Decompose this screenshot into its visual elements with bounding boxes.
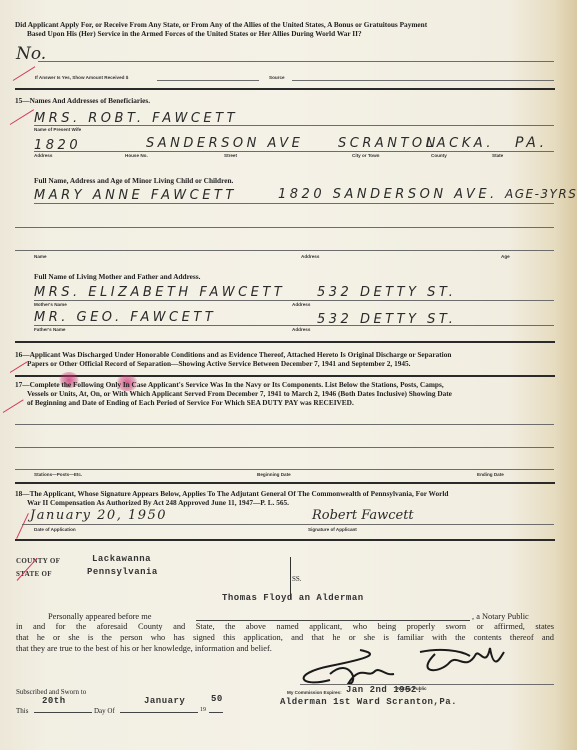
wife-name-line [34, 125, 554, 126]
section-divider [15, 375, 555, 377]
house-no-label: House No. [125, 153, 148, 158]
notary-para-line2: in and for the aforesaid County and Stat… [16, 622, 554, 633]
q17-row-line-1[interactable] [15, 424, 554, 425]
notary-para-line1-end: , a Notary Public [472, 612, 529, 621]
state-label: State [492, 153, 503, 158]
q14-answer-line [38, 61, 554, 62]
beginning-date-label: Beginning Date [257, 472, 291, 477]
child-name-label: Name [34, 254, 47, 259]
q14-question: Did Applicant Apply For, or Receive From… [15, 20, 555, 38]
address-state-value[interactable]: PA. [515, 135, 548, 151]
wife-name-value[interactable]: MRS. ROBT. FAWCETT [34, 111, 238, 126]
q17-line1: 17—Complete the Following Only In Case A… [15, 380, 555, 389]
q17-instructions: 17—Complete the Following Only In Case A… [15, 380, 555, 407]
q18-statement: 18—The Applicant, Whose Signature Appear… [15, 489, 555, 507]
mother-name-label: Mother's Name [34, 302, 67, 307]
commission-expires-value[interactable]: Jan 2nd 1952. [346, 685, 423, 695]
parents-heading: Full Name of Living Mother and Father an… [34, 272, 200, 281]
section-divider [15, 539, 555, 541]
day-of-label: Day Of [94, 707, 115, 715]
child-line-2 [15, 227, 554, 228]
notary-name-field[interactable] [196, 620, 470, 621]
notary-para-line1-start: Personally appeared before me [48, 612, 151, 621]
section-divider [15, 341, 555, 343]
address-street-value[interactable]: SANDERSON AVE [146, 136, 303, 151]
ss-label: SS. [292, 575, 302, 583]
father-name-value[interactable]: MR. GEO. FAWCETT [34, 310, 216, 325]
q17-row-line-3[interactable] [15, 469, 554, 470]
notary-title-value[interactable]: Alderman 1st Ward Scranton,Pa. [280, 697, 457, 707]
children-heading: Full Name, Address and Age of Minor Livi… [34, 176, 233, 185]
notary-signature-line [300, 684, 554, 685]
this-label: This [16, 707, 28, 715]
child-age-label: Age [501, 254, 510, 259]
check-mark [10, 109, 34, 125]
year-prefix: 19 [200, 707, 206, 713]
q16-line2: Papers or Other Official Record of Separ… [15, 359, 555, 368]
city-label: City or Town [352, 153, 379, 158]
child-line-3 [15, 250, 554, 251]
day-field [34, 712, 92, 713]
subscribed-label: Subscribed and Sworn to [16, 688, 86, 696]
mother-address-label: Address [292, 302, 310, 307]
father-name-label: Father's Name [34, 327, 65, 332]
q17-line3: of Beginning and Date of Ending of Each … [15, 398, 555, 407]
signature-of-applicant-label: Signature of Applicant [308, 527, 357, 532]
application-date-value[interactable]: January 20, 1950 [30, 508, 167, 523]
notary-name-value[interactable]: Thomas Floyd an Alderman [222, 593, 364, 603]
q17-line2: Vessels or Units, At, On, or With Which … [15, 389, 555, 398]
stations-label: Stations—Posts—Etc. [34, 472, 82, 477]
section-divider [15, 88, 555, 90]
check-mark [16, 513, 29, 539]
notary-para-line3: that he or she is the person who has sig… [16, 633, 554, 644]
q17-row-line-2[interactable] [15, 447, 554, 448]
day-value[interactable]: 20th [42, 696, 66, 706]
section-divider [15, 482, 555, 484]
father-address-label: Address [292, 327, 310, 332]
q14-amount-field[interactable] [157, 80, 259, 81]
commission-expires-label: My Commission Expires: [287, 690, 342, 695]
q18-signature-line [22, 524, 554, 525]
child-age-value[interactable]: AGE-3YRS [505, 187, 577, 201]
child-line-1 [34, 203, 554, 204]
year-field [209, 712, 223, 713]
year-value[interactable]: 50 [211, 694, 223, 704]
q14-source-label: Source [269, 75, 285, 80]
county-value[interactable]: Lackawanna [92, 554, 151, 564]
county-of-label: COUNTY OF [16, 557, 60, 565]
q15-heading: 15—Names And Addresses of Beneficiaries. [15, 96, 150, 105]
q14-line1: Did Applicant Apply For, or Receive From… [15, 20, 555, 29]
child-name-value[interactable]: MARY ANNE FAWCETT [34, 188, 237, 203]
q18-line2: War II Compensation As Authorized By Act… [15, 498, 555, 507]
mother-address-value[interactable]: 532 DETTY ST. [317, 285, 456, 300]
mother-line [34, 300, 554, 301]
check-mark [13, 66, 36, 81]
notary-para-line4: that they are true to the best of his or… [16, 644, 272, 653]
q14-amount-label: If Answer Is Yes, Show Amount Received $ [35, 75, 128, 80]
ending-date-label: Ending Date [477, 472, 504, 477]
address-label: Address [34, 153, 52, 158]
county-label: County [431, 153, 447, 158]
child-address-label: Address [301, 254, 319, 259]
month-field [120, 712, 198, 713]
q18-line1: 18—The Applicant, Whose Signature Appear… [15, 489, 555, 498]
applicant-signature[interactable]: Robert Fawcett [312, 508, 414, 523]
father-line [34, 325, 554, 326]
date-of-application-label: Date of Application [34, 527, 76, 532]
month-value[interactable]: January [144, 696, 185, 706]
q16-line1: 16—Applicant Was Discharged Under Honora… [15, 350, 555, 359]
address-line [34, 151, 554, 152]
q16-statement: 16—Applicant Was Discharged Under Honora… [15, 350, 555, 368]
state-value[interactable]: Pennsylvania [87, 567, 158, 577]
street-label: Street [224, 153, 237, 158]
child-address-value[interactable]: 1820 SANDERSON AVE. [278, 187, 498, 202]
address-city-value[interactable]: SCRANTON [338, 136, 439, 151]
mother-name-value[interactable]: MRS. ELIZABETH FAWCETT [34, 285, 285, 300]
q14-source-field[interactable] [292, 80, 554, 81]
q14-line2: Based Upon His (Her) Service in the Arme… [15, 29, 555, 38]
address-county-value[interactable]: LACKA. [426, 136, 494, 151]
wife-name-label: Name of Present Wife [34, 127, 81, 132]
